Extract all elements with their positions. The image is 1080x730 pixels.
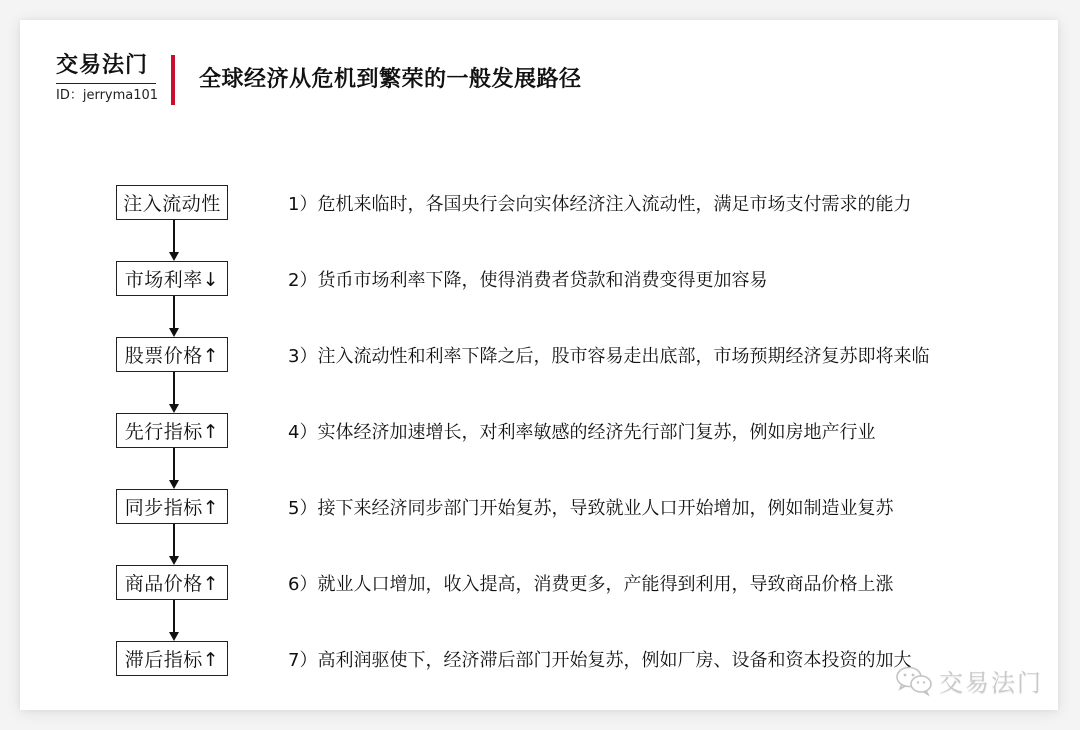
arrow-down-icon bbox=[170, 524, 178, 565]
flow-box-market-rate: 市场利率↓ bbox=[116, 261, 228, 296]
flow-box-stock-price: 股票价格↑ bbox=[116, 337, 228, 372]
arrow-down-icon bbox=[170, 448, 178, 489]
watermark-text: 交易法门 bbox=[939, 663, 1043, 698]
wechat-icon bbox=[895, 665, 935, 697]
arrow-down-icon bbox=[170, 600, 178, 641]
flow-box-commodity-price: 商品价格↑ bbox=[116, 565, 228, 600]
step-description-4: 4）实体经济加速增长，对利率敏感的经济先行部门复苏，例如房地产行业 bbox=[288, 413, 875, 448]
title-divider bbox=[171, 55, 175, 105]
step-description-7: 7）高利润驱使下，经济滞后部门开始复苏，例如厂房、设备和资本投资的加大 bbox=[288, 641, 911, 676]
brand-name: 交易法门 bbox=[56, 52, 156, 84]
step-description-1: 1）危机来临时，各国央行会向实体经济注入流动性，满足市场支付需求的能力 bbox=[288, 185, 911, 220]
arrow-down-icon bbox=[170, 372, 178, 413]
page-title: 全球经济从危机到繁荣的一般发展路径 bbox=[199, 66, 582, 94]
watermark: 交易法门 bbox=[895, 663, 1043, 698]
step-description-3: 3）注入流动性和利率下降之后，股市容易走出底部，市场预期经济复苏即将来临 bbox=[288, 337, 929, 372]
flow-box-leading-indicators: 先行指标↑ bbox=[116, 413, 228, 448]
flow-box-liquidity-injection: 注入流动性 bbox=[116, 185, 228, 220]
brand-id: ID：jerryma101 bbox=[56, 87, 156, 105]
arrow-down-icon bbox=[170, 220, 178, 261]
diagram-card: 交易法门 ID：jerryma101 全球经济从危机到繁荣的一般发展路径 注入流… bbox=[20, 20, 1058, 710]
brand-block: 交易法门 ID：jerryma101 bbox=[56, 52, 156, 105]
step-description-6: 6）就业人口增加，收入提高，消费更多，产能得到利用，导致商品价格上涨 bbox=[288, 565, 893, 600]
step-description-2: 2）货币市场利率下降，使得消费者贷款和消费变得更加容易 bbox=[288, 261, 767, 296]
step-description-5: 5）接下来经济同步部门开始复苏，导致就业人口开始增加，例如制造业复苏 bbox=[288, 489, 893, 524]
arrow-down-icon bbox=[170, 296, 178, 337]
flow-box-lagging-indicators: 滞后指标↑ bbox=[116, 641, 228, 676]
flow-box-coincident-indicators: 同步指标↑ bbox=[116, 489, 228, 524]
